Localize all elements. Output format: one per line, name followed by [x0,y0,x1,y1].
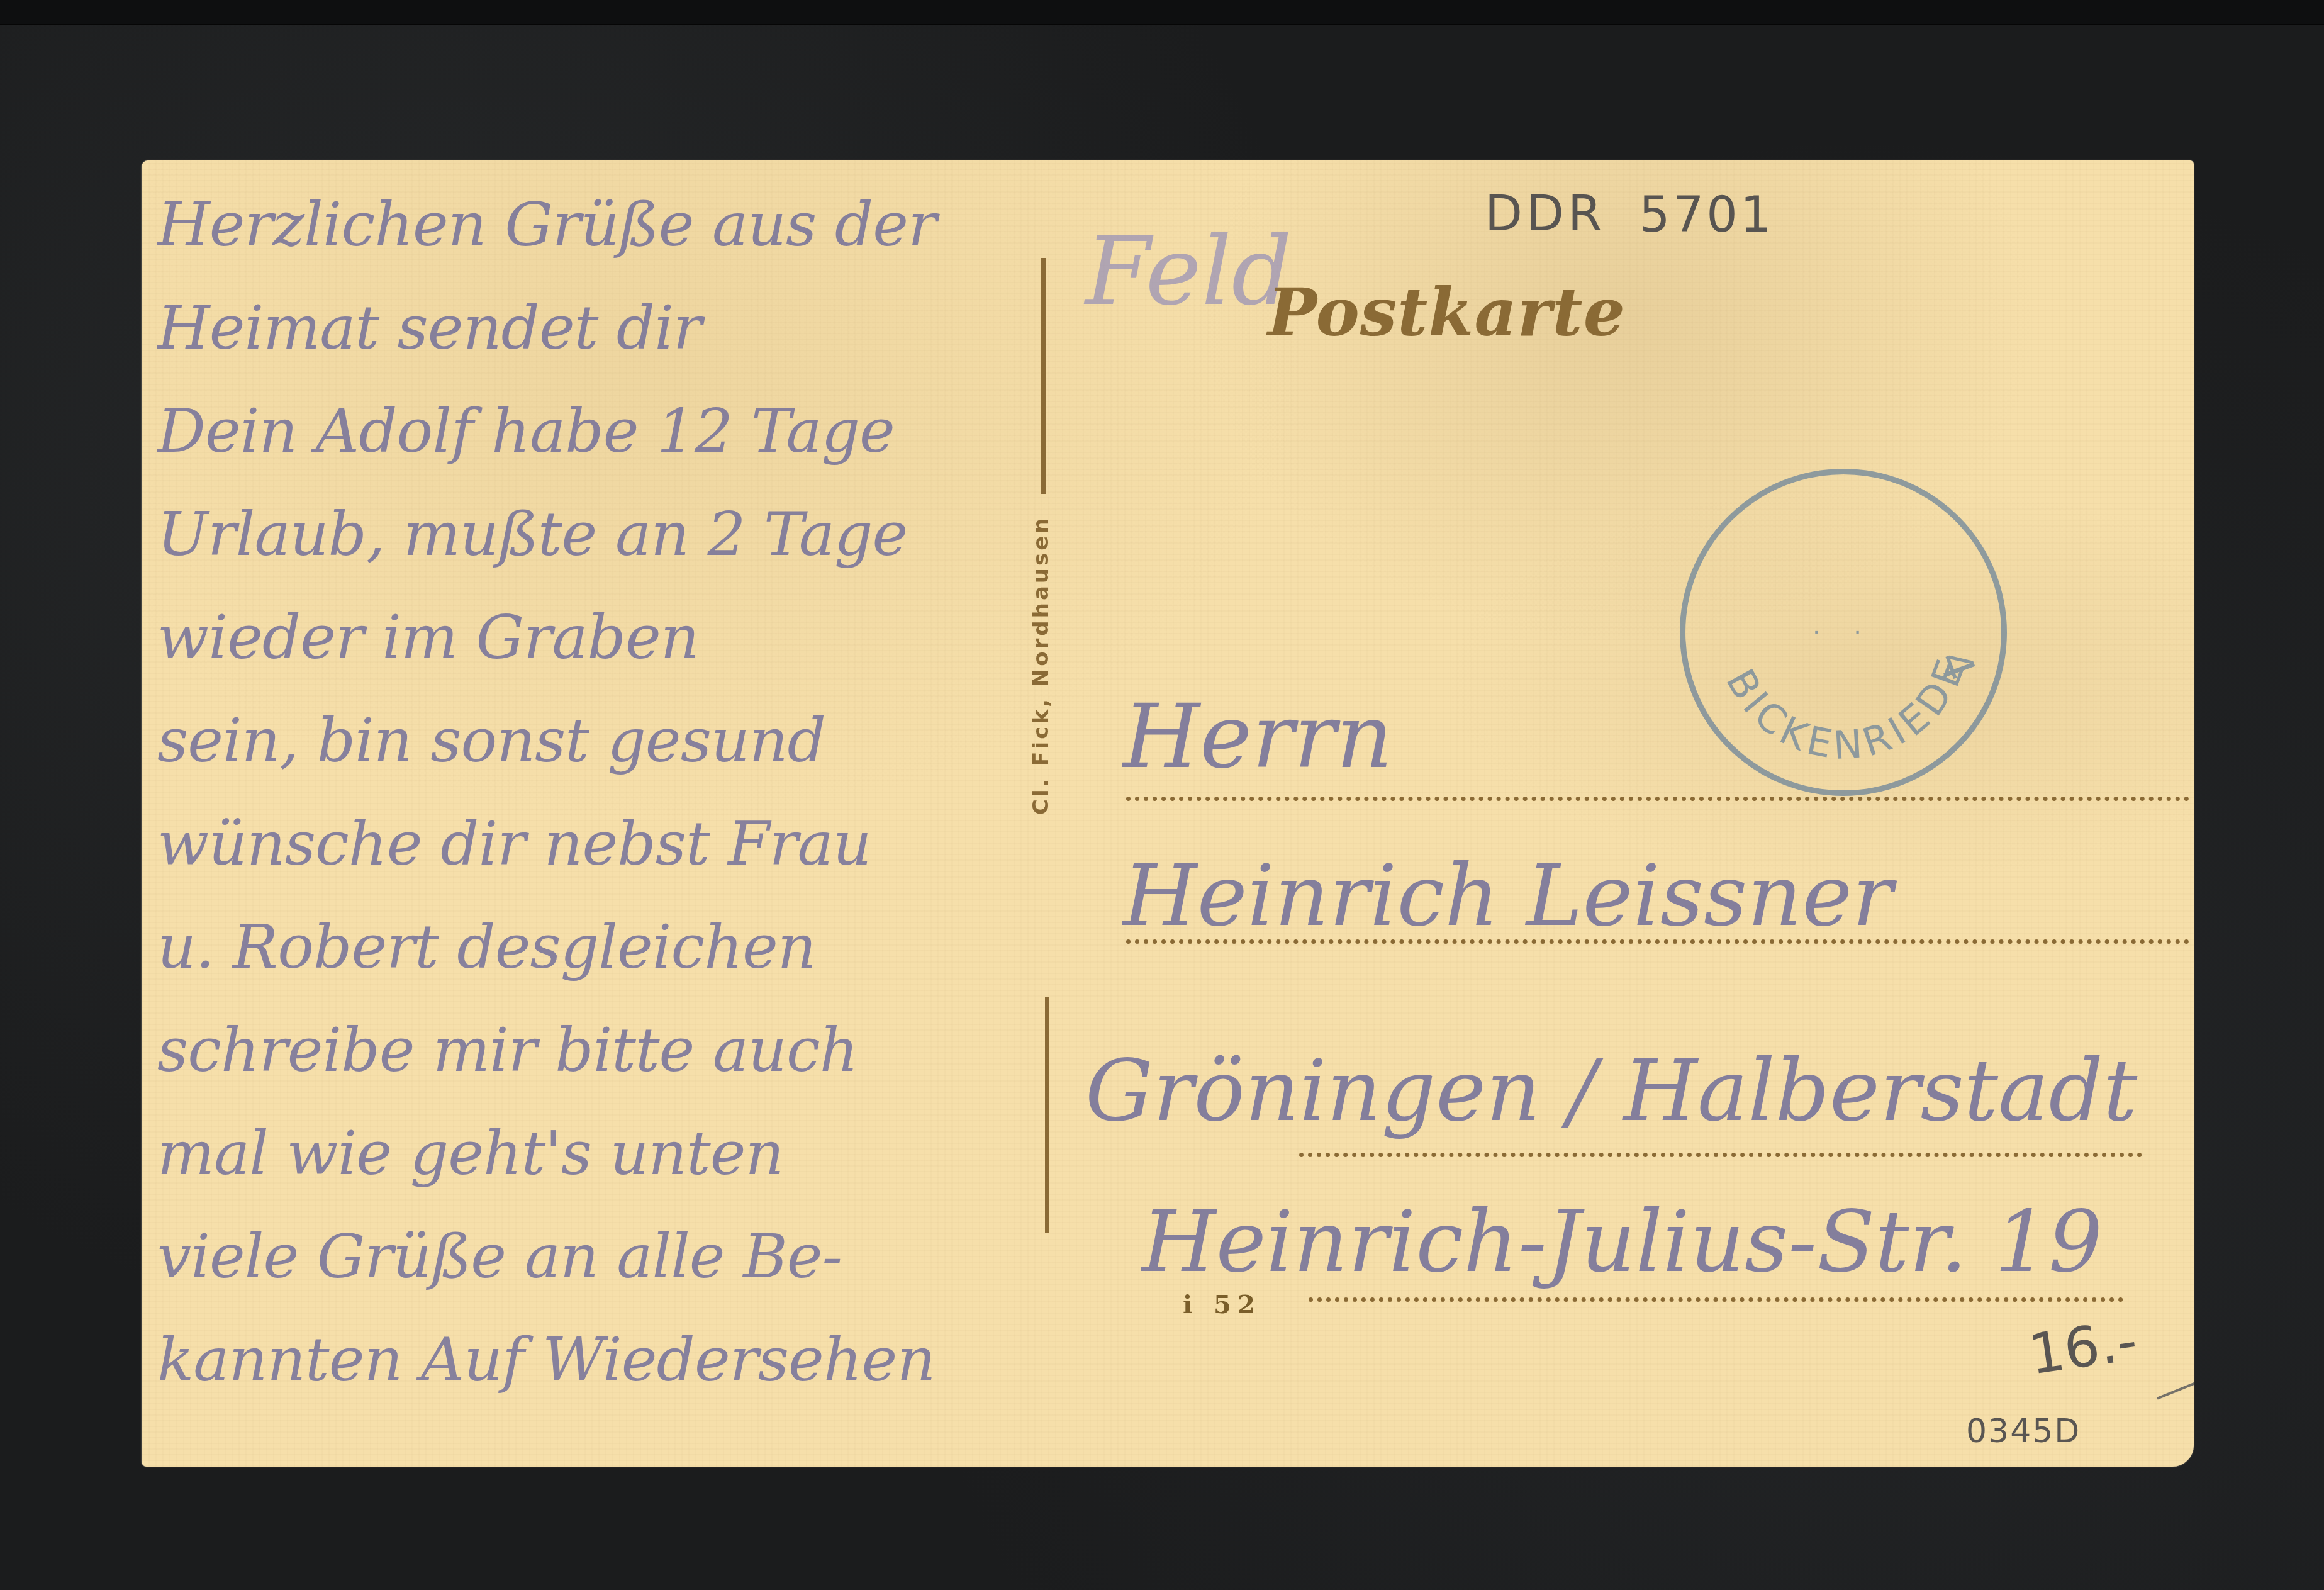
price-underline [2157,1372,2194,1400]
message-line: u. Robert desgleichen [157,895,1038,999]
message-line: Urlaub, mußte an 2 Tage [157,483,1038,586]
message-line: wieder im Graben [157,586,1038,689]
recipient-name: Heinrich Leissner [1123,846,1893,945]
print-code: i 52 [1183,1290,1261,1319]
address-dotted-line [1126,939,2189,944]
address-dotted-line [1126,797,2189,801]
archive-number: 5701 [1639,187,1774,244]
message-line: Heimat sendet dir [157,276,1038,379]
message-line: viele Grüße an alle Be- [157,1205,1038,1308]
postkarte-title: Postkarte [1268,274,1626,351]
message-line: Dein Adolf habe 12 Tage [157,379,1038,483]
recipient-title: Herrn [1123,686,1393,788]
message-line: wünsche dir nebst Frau [157,792,1038,895]
printer-imprint: Cl. Fick, Nordhausen [1029,437,1054,815]
scanner-top-band [0,0,2324,25]
postmark-stamp: BICKENRIEDE 4 · · [1680,469,2007,796]
postcard: Herzlichen Grüße aus der Heimat sendet d… [142,160,2194,1467]
message-line: sein, bin sonst gesund [157,689,1038,792]
message-line: schreibe mir bitte auch [157,999,1038,1102]
inventory-code: 0345D [1966,1413,2081,1450]
divider-line-bottom [1045,997,1049,1233]
postmark-date-marks: · · [1685,619,2001,648]
recipient-city: Gröningen / Halberstadt [1085,1041,2137,1140]
message-line: mal wie geht's unten [157,1102,1038,1205]
address-dotted-line [1309,1297,2123,1302]
message-line: Herzlichen Grüße aus der [157,173,1038,276]
feld-prefix: Feld [1085,217,1292,327]
address-dotted-line [1299,1153,2142,1157]
recipient-street: Heinrich-Julius-Str. 19 [1142,1192,2103,1291]
archive-prefix: DDR [1485,186,1606,242]
handwritten-message: Herzlichen Grüße aus der Heimat sendet d… [157,173,1038,1411]
price-annotation: 16.- [2025,1308,2141,1387]
message-line: kannten Auf Wiedersehen [157,1308,1038,1411]
